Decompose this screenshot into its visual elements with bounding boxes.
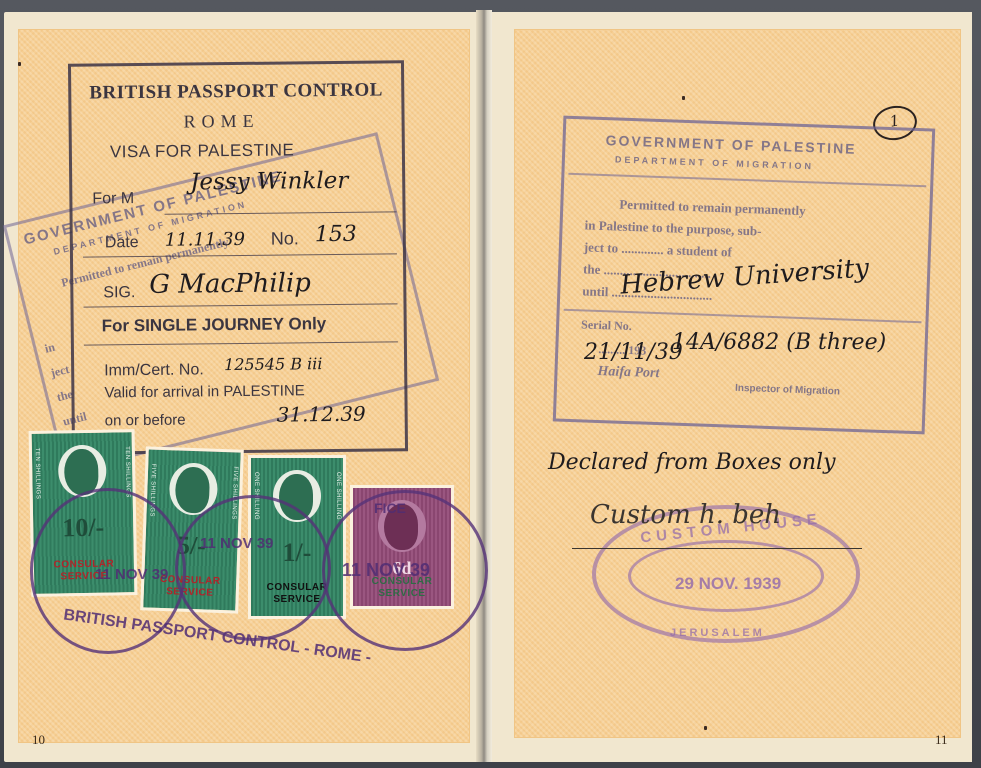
visa-cert-value: 125545 B iii bbox=[224, 354, 323, 374]
visa-number-value: 153 bbox=[315, 222, 357, 247]
visa-cert-label: Imm/Cert. No. bbox=[104, 361, 204, 380]
immigration-inspector-label: Inspector of Migration bbox=[735, 383, 840, 398]
page-number-right: 11 bbox=[935, 732, 948, 748]
divider bbox=[83, 253, 397, 257]
ink-spot bbox=[704, 726, 707, 730]
immigration-serial-label: Serial No. bbox=[581, 317, 632, 334]
customs-signature: Custom h. beh bbox=[590, 500, 781, 530]
visa-date-value: 11.11.39 bbox=[165, 229, 245, 251]
visa-header-type: VISA FOR PALESTINE bbox=[110, 140, 295, 162]
customs-stamp-bottom-text: JERUSALEM bbox=[670, 627, 765, 639]
cancellation-date: 11 NOV 39 bbox=[200, 535, 273, 552]
ink-spot bbox=[682, 96, 685, 100]
visa-date-label: Date bbox=[105, 234, 139, 252]
visa-stamp: BRITISH PASSPORT CONTROL ROME VISA FOR P… bbox=[68, 60, 408, 454]
visa-header-authority: BRITISH PASSPORT CONTROL bbox=[89, 79, 383, 104]
king-head-icon bbox=[175, 466, 211, 513]
cancellation-center-text: FICE bbox=[374, 500, 406, 516]
immigration-stamp-body: ject to ............. a student of bbox=[584, 239, 733, 260]
immigration-stamp-subtitle: DEPARTMENT OF MIGRATION bbox=[615, 154, 814, 171]
immigration-stamp-title: GOVERNMENT OF PALESTINE bbox=[605, 132, 856, 157]
handwritten-date: 21/11/39 bbox=[584, 340, 683, 365]
cancellation-stamp-2 bbox=[175, 495, 331, 641]
book-gutter bbox=[476, 10, 492, 762]
customs-declaration-note: Declared from Boxes only bbox=[548, 450, 836, 475]
stamp-side-label: TEN SHILLINGS bbox=[34, 448, 41, 500]
visa-header-city: ROME bbox=[183, 111, 259, 133]
page-number-left: 10 bbox=[32, 732, 45, 748]
handwritten-serial: 14A/6882 (B three) bbox=[672, 330, 886, 355]
visa-signature-label: SIG. bbox=[103, 284, 135, 302]
visa-signature: G MacPhilip bbox=[149, 268, 311, 300]
immigration-stamp-body: Permitted to remain permanently bbox=[619, 197, 806, 219]
customs-stamp-date: 29 NOV. 1939 bbox=[675, 574, 781, 594]
divider bbox=[84, 341, 398, 345]
immigration-port: Haifa Port bbox=[597, 364, 659, 382]
divider bbox=[165, 211, 397, 214]
visa-before-label: on or before bbox=[105, 412, 186, 430]
immigration-stamp-body: in Palestine to the purpose, sub- bbox=[584, 217, 761, 239]
divider bbox=[84, 303, 398, 307]
ink-spot bbox=[18, 62, 21, 66]
visa-valid-label: Valid for arrival in PALESTINE bbox=[104, 382, 305, 401]
stamp-side-label: ONE SHILLING bbox=[335, 472, 341, 520]
visa-for-label: For M bbox=[92, 190, 134, 208]
visa-number-label: No. bbox=[271, 228, 299, 249]
cancellation-date: 11 NOV 39 bbox=[342, 560, 430, 581]
divider bbox=[568, 173, 926, 187]
visa-before-value: 31.12.39 bbox=[277, 402, 366, 427]
signature-underline bbox=[572, 548, 862, 549]
visa-holder-name: Jessy Winkler bbox=[190, 168, 348, 196]
visa-journey-type: For SINGLE JOURNEY Only bbox=[102, 314, 327, 336]
cancellation-date: 11 NOV 39 bbox=[95, 566, 168, 583]
